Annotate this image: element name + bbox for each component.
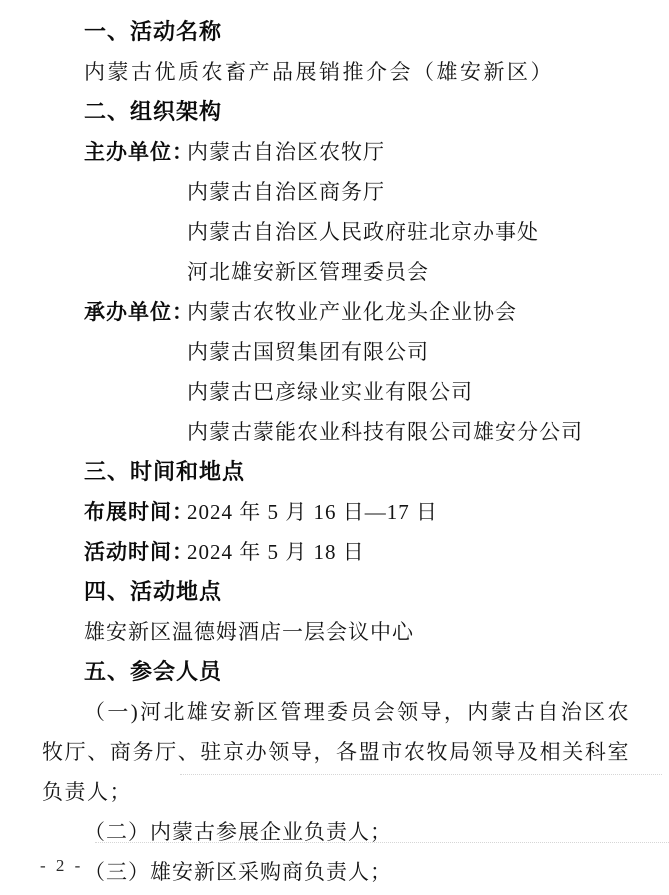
- setup-time-value: 2024 年 5 月 16 日—17 日: [187, 500, 438, 524]
- organizer-item: 内蒙古农牧业产业化龙头企业协会: [187, 300, 517, 324]
- event-time-line: 活动时间：2024 年 5 月 18 日: [42, 532, 630, 572]
- setup-time-label: 布展时间：: [84, 492, 187, 532]
- host-line: 主办单位：内蒙古自治区农牧厅: [42, 132, 630, 172]
- section-heading-1: 一、活动名称: [42, 12, 630, 52]
- organizer-line: 承办单位：内蒙古农牧业产业化龙头企业协会: [42, 292, 630, 332]
- organizer-label: 承办单位：: [84, 292, 187, 332]
- organizer-item: 内蒙古蒙能农业科技有限公司雄安分公司: [42, 412, 630, 452]
- host-item: 内蒙古自治区人民政府驻北京办事处: [42, 212, 630, 252]
- organizer-item: 内蒙古国贸集团有限公司: [42, 332, 630, 372]
- organizer-item: 内蒙古巴彦绿业实业有限公司: [42, 372, 630, 412]
- host-item: 内蒙古自治区农牧厅: [187, 140, 385, 164]
- section-heading-3: 三、时间和地点: [42, 452, 630, 492]
- host-item: 内蒙古自治区商务厅: [42, 172, 630, 212]
- setup-time-line: 布展时间：2024 年 5 月 16 日—17 日: [42, 492, 630, 532]
- participant-item: （二）内蒙古参展企业负责人；: [42, 812, 630, 852]
- section-heading-4: 四、活动地点: [42, 572, 630, 612]
- section-heading-5: 五、参会人员: [42, 652, 630, 692]
- host-item: 河北雄安新区管理委员会: [42, 252, 630, 292]
- host-label: 主办单位：: [84, 132, 187, 172]
- event-time-value: 2024 年 5 月 18 日: [187, 540, 365, 564]
- event-time-label: 活动时间：: [84, 532, 187, 572]
- event-name: 内蒙古优质农畜产品展销推介会（雄安新区）: [42, 52, 630, 92]
- page-number: - 2 -: [40, 855, 83, 877]
- venue: 雄安新区温德姆酒店一层会议中心: [42, 612, 630, 652]
- document-page: 一、活动名称 内蒙古优质农畜产品展销推介会（雄安新区） 二、组织架构 主办单位：…: [0, 0, 669, 895]
- participant-item: （三）雄安新区采购商负责人；: [42, 852, 630, 892]
- participant-item: （一)河北雄安新区管理委员会领导，内蒙古自治区农牧厅、商务厅、驻京办领导，各盟市…: [42, 692, 630, 812]
- scan-artifact-line: [95, 842, 669, 843]
- section-heading-2: 二、组织架构: [42, 92, 630, 132]
- scan-artifact-line: [180, 774, 662, 775]
